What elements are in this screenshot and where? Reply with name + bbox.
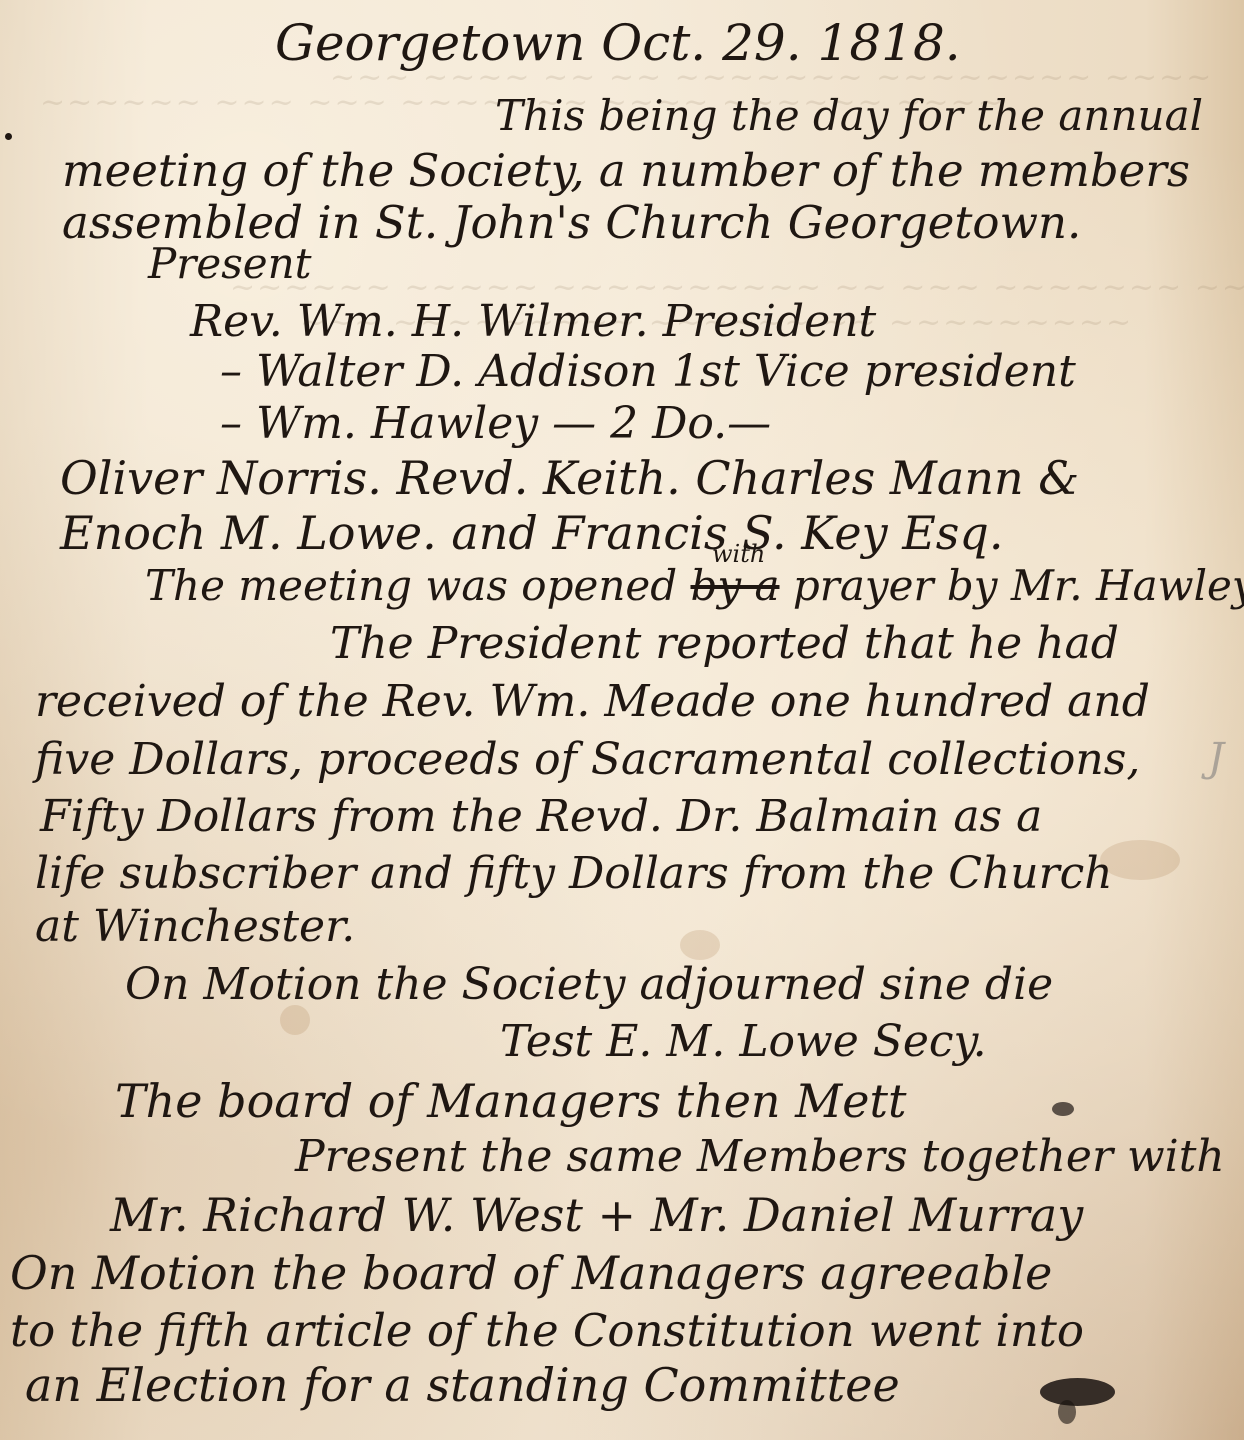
- officer-vice-president-2: – Wm. Hawley — 2 Do.—: [220, 402, 771, 446]
- text-line: life subscriber and fifty Dollars from t…: [35, 852, 1113, 896]
- text-line: at Winchester.: [35, 905, 355, 949]
- text-segment: prayer by Mr. Hawley: [793, 561, 1244, 610]
- text-line: Mr. Richard W. West + Mr. Daniel Murray: [110, 1192, 1083, 1238]
- text-line: On Motion the Society adjourned sine die: [125, 963, 1053, 1007]
- date-heading: Georgetown Oct. 29. 1818.: [275, 18, 961, 68]
- text-line: to the fifth article of the Constitution…: [10, 1308, 1084, 1353]
- members-line: Oliver Norris. Revd. Keith. Charles Mann…: [60, 455, 1079, 501]
- pencil-mark: J: [1208, 735, 1224, 781]
- text-line: received of the Rev. Wm. Meade one hundr…: [35, 680, 1150, 724]
- text-line: Present the same Members together with: [295, 1135, 1225, 1179]
- struck-text: by a: [690, 561, 779, 610]
- text-line: On Motion the board of Managers agreeabl…: [10, 1250, 1052, 1296]
- ink-blot: [1052, 1102, 1074, 1116]
- manuscript-page: ~~~ ~~~~ ~~ ~~ ~~~~~~~ ~~~~~~~~ ~~~~ ~~~…: [0, 0, 1244, 1440]
- inserted-text: with: [712, 540, 765, 568]
- margin-dot: [5, 133, 12, 140]
- paper-stain: [680, 930, 720, 960]
- text-line: an Election for a standing Committee: [25, 1362, 900, 1408]
- text-segment: The meeting was opened: [145, 561, 677, 610]
- members-line: Enoch M. Lowe. and Francis S. Key Esq.: [60, 510, 1003, 556]
- ink-blot: [1040, 1378, 1115, 1406]
- text-line: Fifty Dollars from the Revd. Dr. Balmain…: [40, 795, 1042, 839]
- text-line: meeting of the Society, a number of the …: [62, 148, 1190, 193]
- text-line: The board of Managers then Mett: [115, 1078, 906, 1124]
- text-line: The meeting was opened by a prayer by Mr…: [145, 565, 1244, 607]
- text-line: This being the day for the annual: [495, 95, 1203, 137]
- text-line: Present: [148, 243, 312, 285]
- text-line: five Dollars, proceeds of Sacramental co…: [35, 738, 1140, 782]
- text-line: The President reported that he had: [330, 622, 1119, 666]
- officer-vice-president-1: – Walter D. Addison 1st Vice president: [220, 350, 1076, 394]
- attestation-signature: Test E. M. Lowe Secy.: [500, 1020, 987, 1064]
- ink-blot: [1058, 1400, 1076, 1424]
- officer-president: Rev. Wm. H. Wilmer. President: [190, 300, 876, 344]
